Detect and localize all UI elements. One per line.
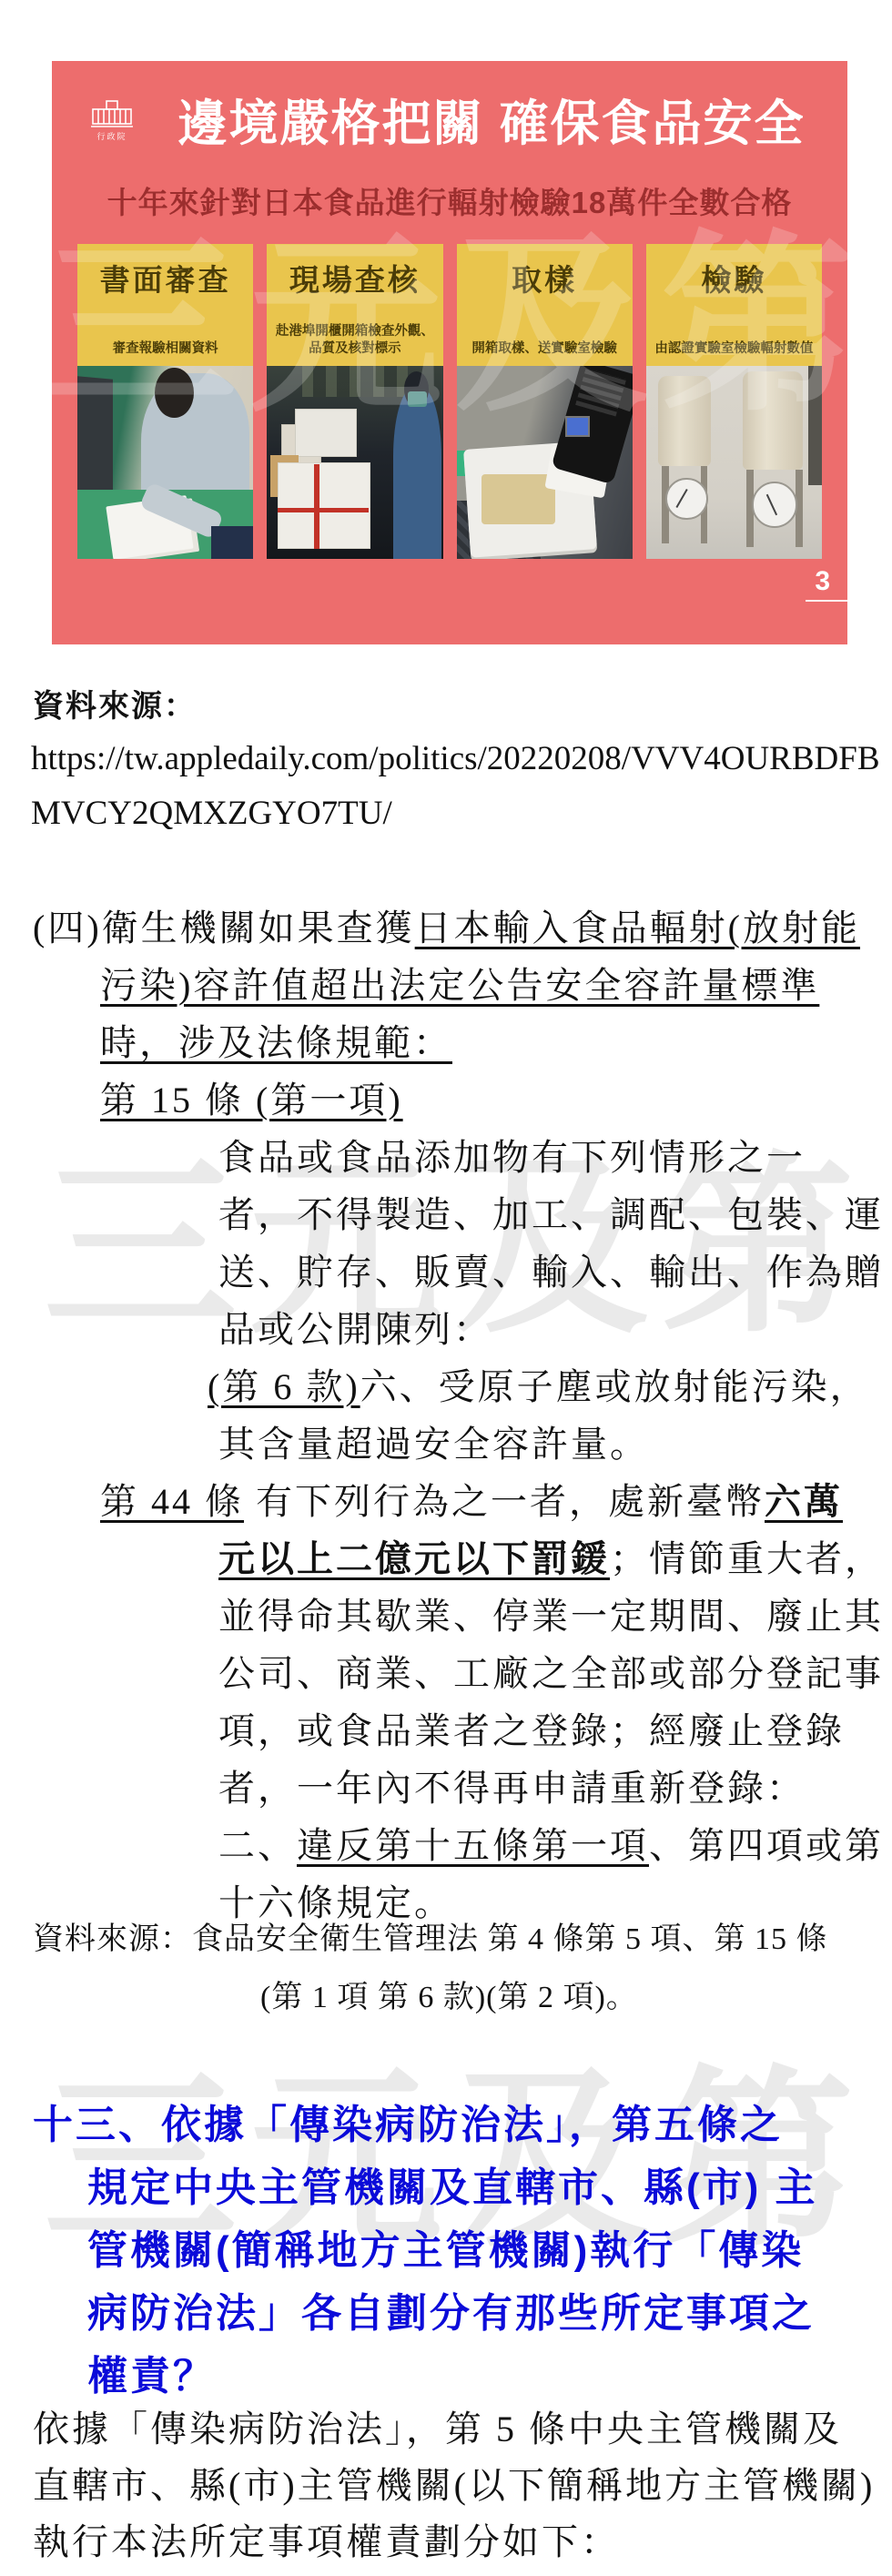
legal-text: ；情節重大者，	[610, 1538, 884, 1579]
legal-line: 食品或食品添加物有下列情形之一	[218, 1129, 892, 1186]
doorway-shape	[808, 366, 822, 485]
gauge-dial	[752, 482, 797, 527]
legal-text: 者，一年內不得再申請重新登錄：	[218, 1768, 806, 1809]
question-heading-line: 病防治法」各自劃分有那些所定事項之	[87, 2282, 892, 2345]
legal-line: 時，涉及法條規範：	[100, 1014, 892, 1071]
legal-text-underlined: 違反第十五條第一項	[297, 1825, 649, 1866]
question-heading-line: 十三、依據「傳染病防治法」，第五條之	[33, 2094, 892, 2156]
person-shape	[393, 389, 441, 559]
legal-text: 送、貯存、販賣、輸入、輸出、作為贈	[218, 1252, 884, 1293]
red-strap	[314, 464, 319, 549]
government-building-icon	[91, 99, 133, 130]
legal-source-line1: 資料來源：食品安全衛生管理法 第 4 條第 5 項、第 15 條	[33, 1913, 828, 1958]
legal-line: 送、貯存、販賣、輸入、輸出、作為贈	[218, 1243, 892, 1301]
legal-text: 食品或食品添加物有下列情形之一	[218, 1137, 806, 1178]
legal-text: 其含量超過安全容許量。	[218, 1424, 649, 1465]
light-streaks	[302, 366, 408, 397]
answer-line: 依據「傳染病防治法」，第 5 條中央主管機關及	[33, 2401, 892, 2458]
legal-line: 者，不得製造、加工、調配、包裝、運	[218, 1186, 892, 1243]
question-heading-line: 權責？	[87, 2345, 892, 2408]
legal-section: (四)衛生機關如果查獲日本輸入食品輻射(放射能 污染)容許值超出法定公告安全容許…	[0, 899, 892, 1932]
legal-line: 其含量超過安全容許量。	[218, 1415, 892, 1473]
legal-text-underlined: 第 44 條	[100, 1481, 244, 1522]
food-contents-shape	[481, 474, 555, 524]
poster-title: 邊境嚴格把關 確保食品安全	[143, 97, 840, 151]
legal-text: 六、受原子塵或放射能污染，	[360, 1366, 869, 1407]
legal-source-line2: (第 1 項 第 6 款)(第 2 項)。	[260, 1972, 638, 2016]
question-heading-line: 規定中央主管機關及直轄市、縣(市) 主	[87, 2156, 892, 2219]
step-caption: 開箱取樣、送實驗室檢驗	[461, 340, 628, 358]
mask-shape	[408, 391, 427, 407]
step-box: 檢驗 由認證實驗室檢驗輻射數值	[646, 244, 822, 366]
legal-text-bold-underlined: 六萬	[765, 1481, 843, 1522]
legal-line: (四)衛生機關如果查獲日本輸入食品輻射(放射能	[33, 899, 892, 957]
legal-text: (四)衛生機關如果查獲	[33, 908, 415, 948]
legal-text-underlined: 第 15 條 (第一項)	[100, 1080, 403, 1121]
photo-lab-radiation-instruments	[646, 366, 822, 559]
step-document-review: 書面審查 審查報驗相關資料	[77, 244, 253, 559]
photo-opening-boxes-at-port	[267, 366, 442, 559]
step-title: 檢驗	[646, 257, 822, 299]
poster-subtitle: 十年來針對日本食品進行輻射檢驗18萬件全數合格	[52, 179, 847, 222]
answer-line: 直轄市、縣(市)主管機關(以下簡稱地方主管機關)	[33, 2458, 892, 2514]
inspection-steps: 書面審查 審查報驗相關資料 現場查核 赴港埠開櫃開箱檢查外觀、	[77, 244, 822, 559]
legal-text-bold-underlined: 元以上二億元以下罰鍰	[218, 1538, 610, 1579]
legal-line: 公司、商業、工廠之全部或部分登記事	[218, 1645, 892, 1702]
legal-line: 污染)容許值超出法定公告安全容許量標準	[100, 957, 892, 1014]
step-box: 書面審查 審查報驗相關資料	[77, 244, 253, 366]
legal-text-underlined: 時，涉及法條規範：	[100, 1022, 452, 1063]
legal-text: 並得命其歇業、停業一定期間、廢止其	[218, 1596, 884, 1637]
gauge-dial	[665, 478, 708, 521]
binder-shape	[211, 526, 253, 559]
head-shape	[155, 368, 194, 418]
food-safety-poster: 行政院 邊境嚴格把關 確保食品安全 十年來針對日本食品進行輻射檢驗18萬件全數合…	[52, 61, 847, 644]
legal-line: 元以上二億元以下罰鍰；情節重大者，	[218, 1530, 892, 1587]
question-13-heading: 十三、依據「傳染病防治法」，第五條之 規定中央主管機關及直轄市、縣(市) 主 管…	[0, 2094, 892, 2408]
step-box: 現場查核 赴港埠開櫃開箱檢查外觀、品質及核對標示	[267, 244, 442, 366]
legal-line: 二、違反第十五條第一項、第四項或第	[218, 1817, 892, 1874]
source-label: 資料來源：	[33, 681, 197, 725]
box-shape	[295, 409, 357, 457]
logo-caption: 行政院	[86, 130, 137, 142]
step-caption: 由認證實驗室檢驗輻射數值	[651, 340, 817, 358]
legal-text: 公司、商業、工廠之全部或部分登記事	[218, 1653, 884, 1694]
legal-text-underlined: (第 6 款)	[208, 1366, 360, 1407]
legal-line: 項，或食品業者之登錄；經廢止登錄	[218, 1702, 892, 1760]
legal-text-underlined: 污染)容許值超出法定公告安全容許量標準	[100, 965, 819, 1006]
red-strap	[278, 508, 369, 512]
step-lab-test: 檢驗 由認證實驗室檢驗輻射數值	[646, 244, 822, 559]
legal-line: 者，一年內不得再申請重新登錄：	[218, 1760, 892, 1817]
legal-line: 第 44 條 有下列行為之一者，處新臺幣六萬	[100, 1473, 892, 1530]
legal-text: 者，不得製造、加工、調配、包裝、運	[218, 1194, 884, 1235]
step-caption: 審查報驗相關資料	[82, 340, 248, 358]
source-url-line1: https://tw.appledaily.com/politics/20220…	[31, 739, 880, 778]
photo-clerk-reviewing-documents	[77, 366, 253, 559]
legal-line: (第 6 款)六、受原子塵或放射能污染，	[208, 1358, 892, 1415]
legal-text: 項，或食品業者之登錄；經廢止登錄	[218, 1710, 845, 1751]
document-page: 三元及第 三元及第 行政院 邊境嚴格把關 確保食品安全 十年來針對日本食	[0, 0, 892, 2576]
legal-text: 有下列行為之一者，處新臺幣	[244, 1481, 765, 1522]
step-onsite-check: 現場查核 赴港埠開櫃開箱檢查外觀、品質及核對標示	[267, 244, 442, 559]
detector-screen	[565, 416, 590, 437]
legal-line: 並得命其歇業、停業一定期間、廢止其	[218, 1587, 892, 1645]
legal-text: 二、	[218, 1825, 297, 1866]
step-caption: 赴港埠開櫃開箱檢查外觀、品質及核對標示	[271, 323, 438, 358]
page-number-underline	[806, 600, 847, 602]
executive-yuan-logo: 行政院	[86, 99, 137, 142]
legal-line: 第 15 條 (第一項)	[100, 1071, 892, 1129]
step-sampling: 取樣 開箱取樣、送實驗室檢驗	[457, 244, 633, 559]
source-url-line2: MVCY2QMXZGYO7TU/	[31, 794, 392, 833]
legal-text: 品或公開陳列：	[218, 1309, 492, 1350]
legal-line: 品或公開陳列：	[218, 1301, 892, 1358]
question-heading-line: 管機關(簡稱地方主管機關)執行「傳染	[87, 2219, 892, 2282]
step-title: 書面審查	[77, 257, 253, 299]
legal-text: 、第四項或第	[649, 1825, 884, 1866]
step-box: 取樣 開箱取樣、送實驗室檢驗	[457, 244, 633, 366]
step-title: 取樣	[457, 257, 633, 299]
poster-page-number: 3	[815, 566, 830, 597]
box-shape	[278, 462, 370, 549]
answer-line: 執行本法所定事項權責劃分如下：	[33, 2514, 892, 2571]
answer-13-text: 依據「傳染病防治法」，第 5 條中央主管機關及 直轄市、縣(市)主管機關(以下簡…	[0, 2401, 892, 2571]
step-title: 現場查核	[267, 257, 442, 299]
instrument-cylinder	[743, 371, 803, 470]
legal-text-underlined: 日本輸入食品輻射(放射能	[415, 908, 860, 948]
instrument-cylinder	[658, 376, 711, 467]
photo-sampling-with-detector	[457, 366, 633, 559]
